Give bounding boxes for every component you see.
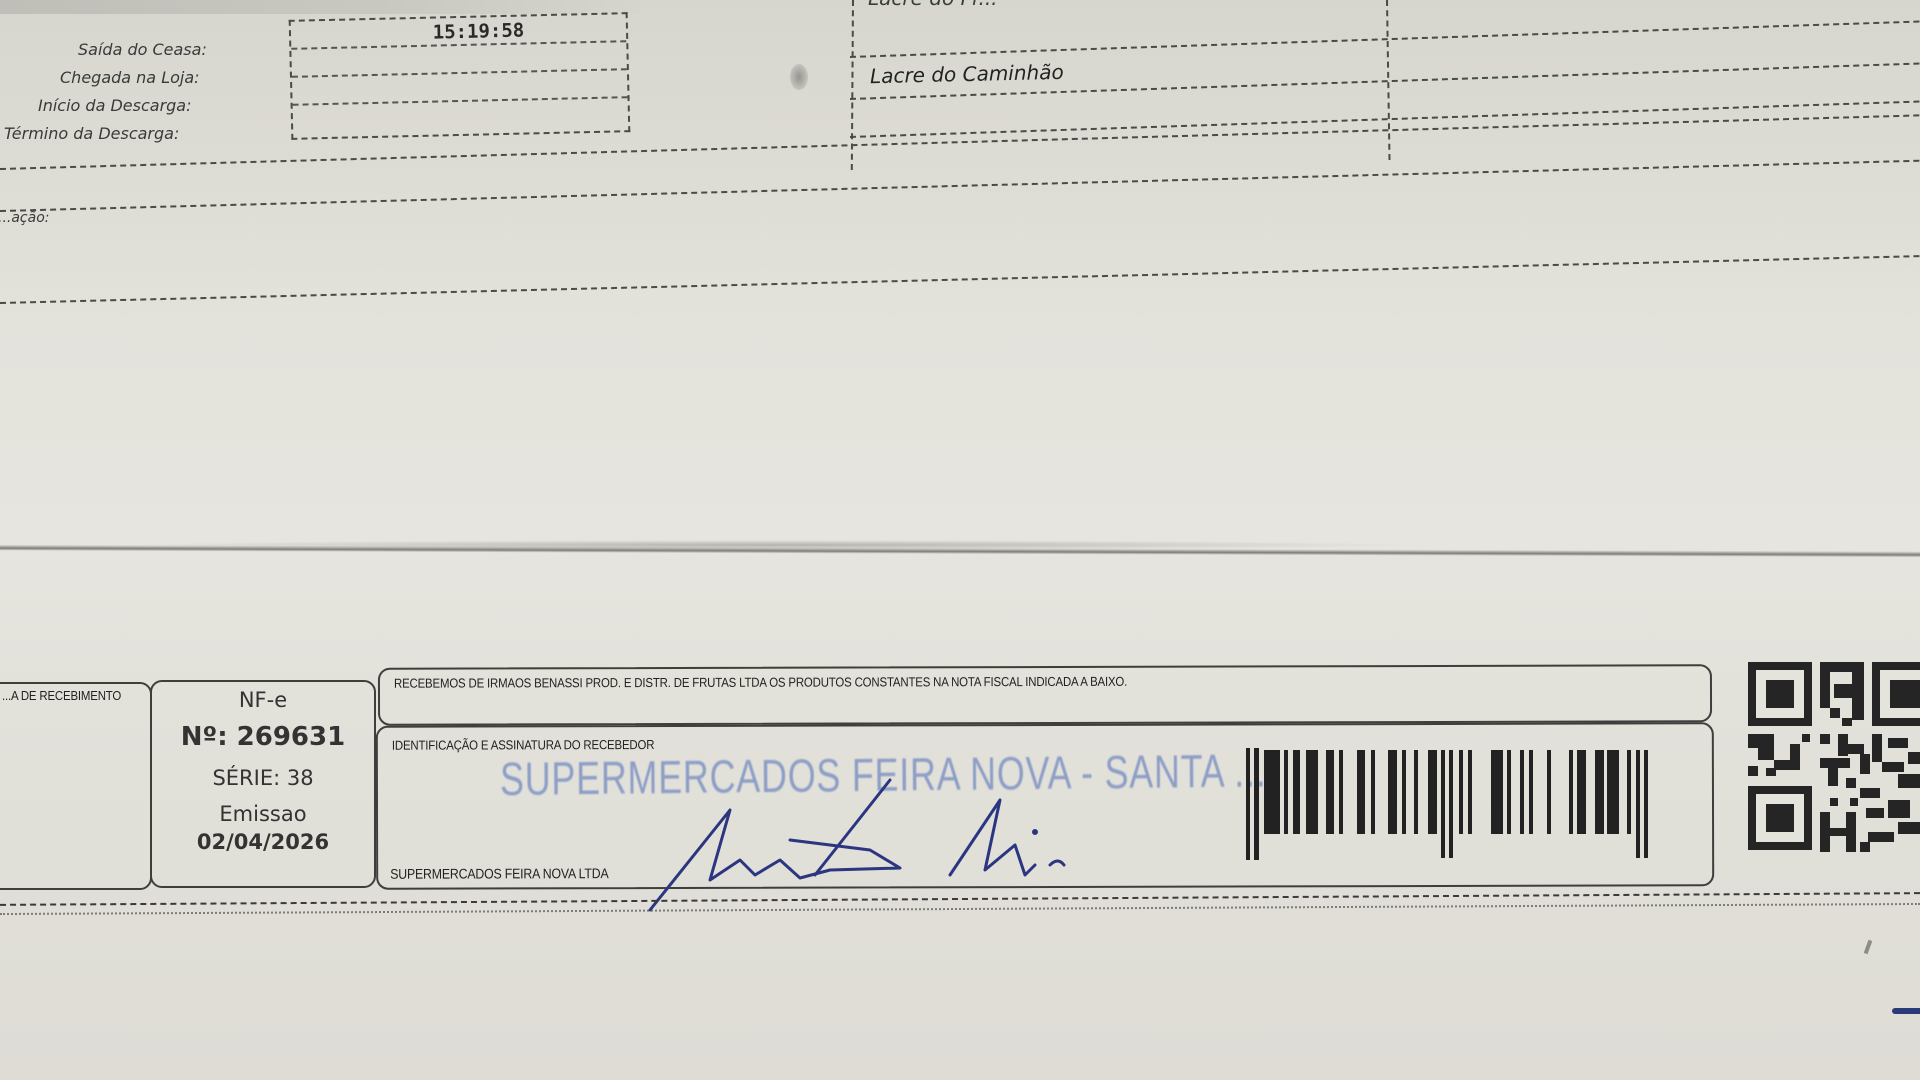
- nfe-box: NF-e Nº: 269631 SÉRIE: 38 Emissao 02/04/…: [150, 680, 376, 888]
- nfe-title: NF-e: [152, 688, 374, 712]
- form-line: [850, 21, 1919, 58]
- qr-code-icon: [1748, 662, 1920, 852]
- observacao-label: ...ação:: [0, 210, 50, 226]
- label-chegada-loja: Chegada na Loja:: [60, 68, 200, 87]
- nfe-emissao-label: Emissao: [152, 802, 374, 826]
- paper-smudge: [790, 64, 808, 90]
- ink-mark: [1864, 940, 1873, 955]
- form-line: [0, 255, 1919, 304]
- label-saida-ceasa: Saída do Ceasa:: [78, 40, 207, 59]
- label-inicio-descarga: Início da Descarga:: [38, 96, 192, 115]
- lacre-caminhao-label: Lacre do Caminhão: [870, 60, 1064, 88]
- nfe-emissao-date: 02/04/2026: [152, 830, 374, 854]
- nfe-number: Nº: 269631: [152, 722, 374, 752]
- form-line: [0, 160, 1919, 212]
- declaration-text: RECEBEMOS DE IRMAOS BENASSI PROD. E DIST…: [394, 674, 1127, 691]
- receipt-date-label: ...A DE RECEBIMENTO: [2, 688, 121, 703]
- ink-mark: [1892, 1008, 1920, 1014]
- signature-icon: [630, 760, 1090, 920]
- label-termino-descarga: Término da Descarga:: [4, 124, 179, 143]
- barcode-icon: [1244, 748, 1674, 860]
- form-line: [0, 114, 1919, 170]
- receiver-name: SUPERMERCADOS FEIRA NOVA LTDA: [390, 865, 608, 882]
- lacre-top-partial: Lacre do Fr...: [868, 0, 998, 10]
- declaration-box: RECEBEMOS DE IRMAOS BENASSI PROD. E DIST…: [378, 664, 1712, 725]
- paper-top-edge: [0, 0, 640, 14]
- nfe-serie: SÉRIE: 38: [152, 766, 374, 790]
- receipt-date-box: ...A DE RECEBIMENTO: [0, 682, 152, 890]
- time-box: 15:19:58: [289, 12, 631, 140]
